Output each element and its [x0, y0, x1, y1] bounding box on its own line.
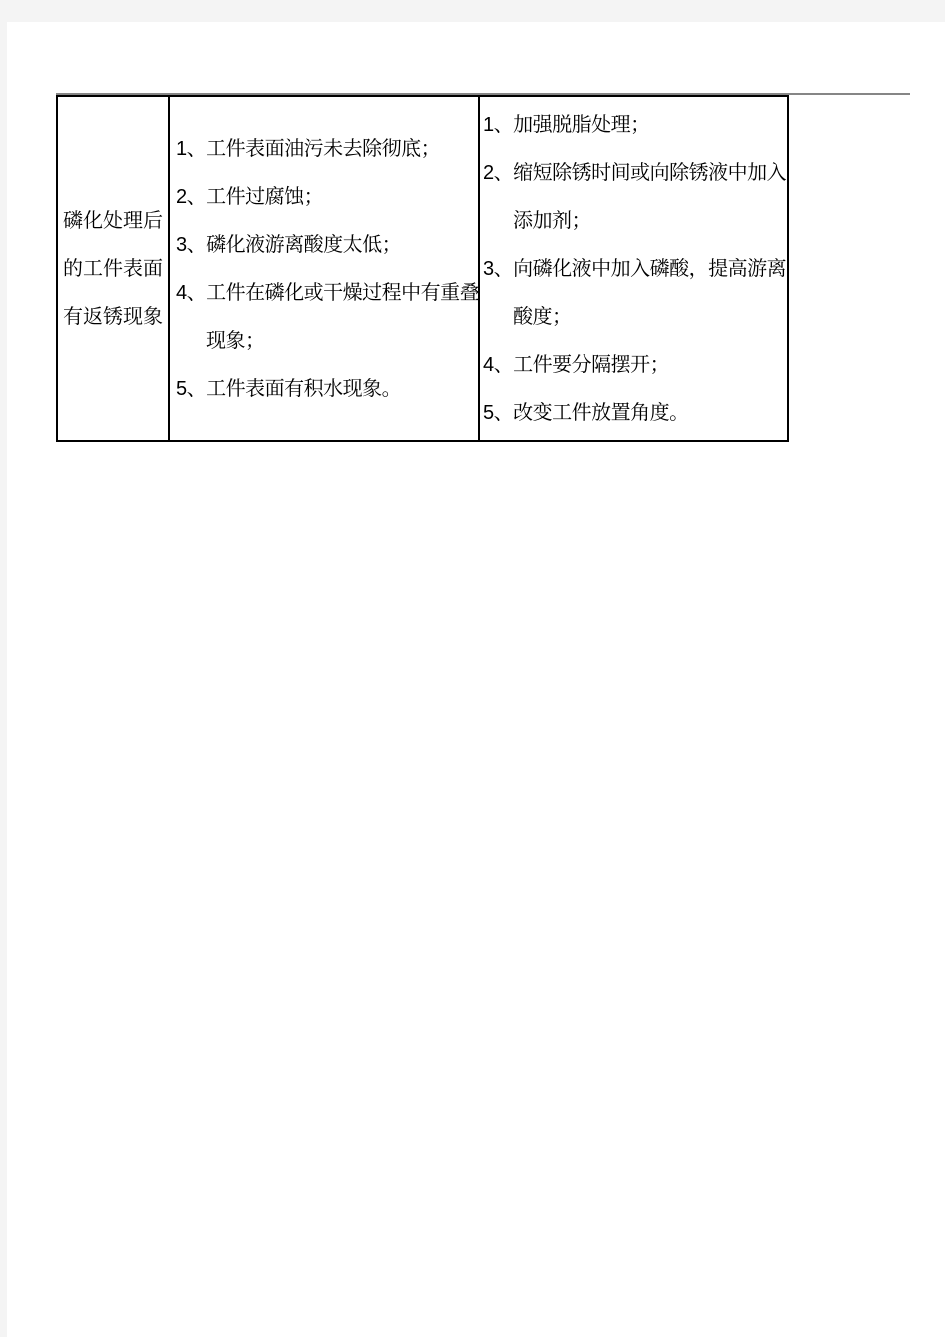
item-text: 加强脱脂处理；: [513, 114, 650, 136]
defect-table-row: 磷化处理后的工件表面有返锈现象 1、工件表面油污未去除彻底；2、工件过腐蚀；3、…: [56, 95, 789, 442]
item-number: 3、: [176, 234, 206, 256]
item-text: 改变工件放置角度。: [513, 402, 689, 424]
item-text: 缩短除锈时间或向除锈液中加入添加剂；: [513, 162, 786, 232]
item-number: 2、: [483, 162, 513, 184]
list-item: 2、工件过腐蚀；: [176, 173, 480, 221]
item-text: 工件过腐蚀；: [206, 186, 323, 208]
item-number: 5、: [483, 402, 513, 424]
list-item: 4、工件在磷化或干燥过程中有重叠现象；: [176, 269, 480, 365]
list-item: 3、向磷化液中加入磷酸，提高游离酸度；: [483, 245, 787, 341]
item-text: 工件在磷化或干燥过程中有重叠现象；: [206, 282, 479, 352]
page-edge-left: [0, 0, 7, 1337]
item-number: 3、: [483, 258, 513, 280]
item-number: 2、: [176, 186, 206, 208]
list-item: 4、工件要分隔摆开；: [483, 341, 787, 389]
list-item: 2、缩短除锈时间或向除锈液中加入添加剂；: [483, 149, 787, 245]
item-text: 磷化液游离酸度太低；: [206, 234, 401, 256]
causes-cell: 1、工件表面油污未去除彻底；2、工件过腐蚀；3、磷化液游离酸度太低；4、工件在磷…: [170, 97, 480, 440]
problem-text: 磷化处理后的工件表面有返锈现象: [63, 197, 167, 341]
page-edge-top: [0, 0, 945, 22]
item-number: 4、: [483, 354, 513, 376]
list-item: 1、工件表面油污未去除彻底；: [176, 125, 480, 173]
document-page: 磷化处理后的工件表面有返锈现象 1、工件表面油污未去除彻底；2、工件过腐蚀；3、…: [0, 0, 945, 1337]
list-item: 5、改变工件放置角度。: [483, 389, 787, 437]
item-number: 4、: [176, 282, 206, 304]
solutions-cell: 1、加强脱脂处理；2、缩短除锈时间或向除锈液中加入添加剂；3、向磷化液中加入磷酸…: [480, 97, 787, 440]
list-item: 1、加强脱脂处理；: [483, 101, 787, 149]
item-number: 5、: [176, 378, 206, 400]
list-item: 3、磷化液游离酸度太低；: [176, 221, 480, 269]
solutions-list: 1、加强脱脂处理；2、缩短除锈时间或向除锈液中加入添加剂；3、向磷化液中加入磷酸…: [480, 101, 787, 437]
item-number: 1、: [483, 114, 513, 136]
problem-cell: 磷化处理后的工件表面有返锈现象: [58, 97, 170, 440]
item-number: 1、: [176, 138, 206, 160]
item-text: 工件表面有积水现象。: [206, 378, 401, 400]
item-text: 工件表面油污未去除彻底；: [206, 138, 440, 160]
causes-list: 1、工件表面油污未去除彻底；2、工件过腐蚀；3、磷化液游离酸度太低；4、工件在磷…: [170, 125, 478, 413]
item-text: 工件要分隔摆开；: [513, 354, 669, 376]
item-text: 向磷化液中加入磷酸，提高游离酸度；: [513, 258, 786, 328]
list-item: 5、工件表面有积水现象。: [176, 365, 480, 413]
